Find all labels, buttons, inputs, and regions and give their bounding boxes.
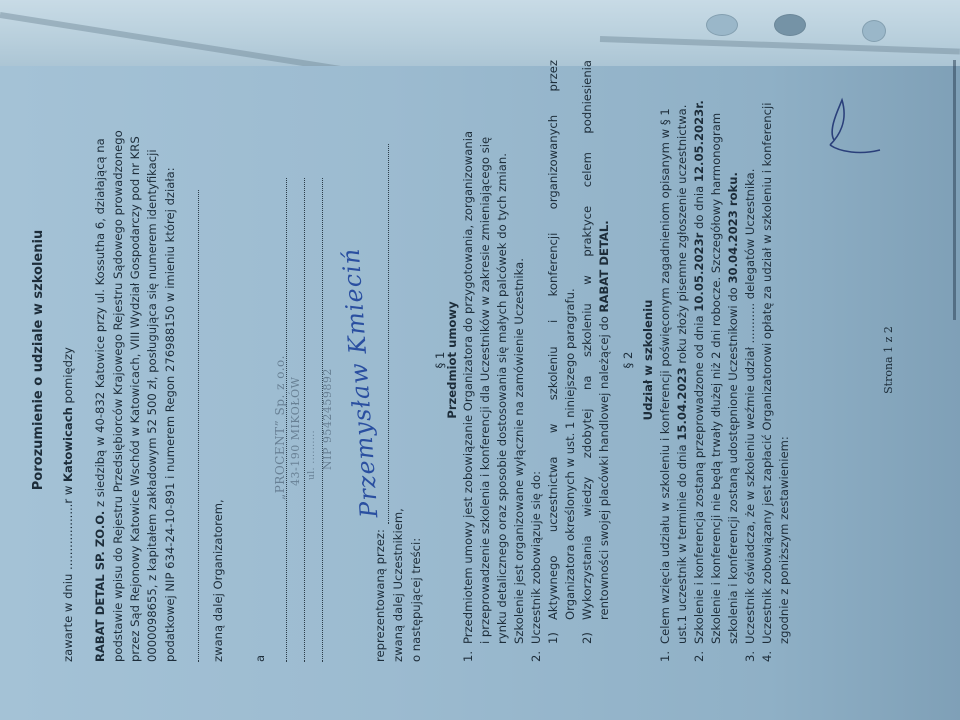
s2-item-1-number: 1. (657, 651, 674, 662)
text: szkolenia i konferencji zostaną udostępn… (726, 284, 740, 644)
s2-item-4-number: 4. (759, 651, 776, 662)
section-1-heading: Przedmiot umowy (444, 0, 461, 720)
section-2-number: § 2 (620, 0, 637, 720)
text: ust.1 uczestnik w terminie do dnia (675, 441, 689, 644)
organizer-line-4: 0000098655, z kapitałem zakładowym 52 50… (144, 60, 161, 662)
s2-item-3-text: Uczestnik oświadcza, że w szkoleniu weźm… (742, 60, 759, 644)
registration-deadline: 15.04.2023 (675, 367, 689, 440)
organizer-representative-line[interactable] (198, 190, 199, 662)
intro-suffix: pomiędzy (61, 347, 75, 407)
s1-sub-2-line-1: Wykorzystania wiedzy zdobytej na szkolen… (579, 60, 596, 620)
document-page: Porozumienie o udziale w szkoleniu zawar… (0, 0, 960, 720)
s2-item-4-line-1: Uczestnik zobowiązany jest zapłacić Orga… (759, 60, 776, 644)
s1-sub-1-line-1: Aktywnego uczestnictwa w szkoleniu i kon… (545, 60, 562, 620)
company-stamp: „PROCENT” Sp. z o.o. 43-190 MIKOŁÓW ul. … (272, 355, 336, 500)
representative-line[interactable] (388, 144, 389, 524)
s2-item-2-line-1: Szkolenie i konferencja zostaną przeprow… (691, 60, 708, 644)
s2-item-1-line-1: Celem wzięcia udziału w szkoleniu i konf… (657, 60, 674, 644)
s2-item-2-line-2: Szkolenie i konferencji nie będą trwały … (708, 60, 725, 644)
text: Szkolenie i konferencja zostaną przeprow… (692, 312, 706, 644)
stamp-street: ul. .......... (304, 355, 320, 500)
represented-by: reprezentowaną przez: (372, 60, 389, 662)
schedule-date: 30.04.2023 roku. (726, 172, 740, 283)
s1-sub-2-company: RABAT DETAL. (597, 220, 611, 312)
s2-item-4-line-2: zgodnie z poniższym zestawieniem: (776, 60, 793, 644)
s1-item-1-line-4: Szkolenie jest organizowane wyłącznie na… (511, 60, 528, 644)
s1-item-1-number: 1. (460, 651, 477, 662)
organizer-line-5: podatkowej NIP 634-24-10-891 i numerem R… (162, 60, 179, 662)
s1-sub-2-line-2: rentowności swojej placówki handlowej na… (596, 60, 613, 620)
s2-item-1-line-2: ust.1 uczestnik w terminie do dnia 15.04… (674, 60, 691, 644)
s1-item-2-line-1: Uczestnik zobowiązuje się do: (528, 60, 545, 644)
s2-item-3-number: 3. (742, 651, 759, 662)
stamp-city: 43-190 MIKOŁÓW (288, 355, 304, 500)
content-intro: o następującej treści: (408, 60, 425, 662)
text: do dnia (692, 182, 706, 233)
participant-called: zwaną dalej Uczestnikiem, (390, 60, 407, 662)
intro-line: zawarte w dniu ..................r w Kat… (60, 60, 77, 662)
s1-item-1-line-2: i przeprowadzenie szkolenia i konferencj… (477, 60, 494, 644)
intro-prefix: zawarte w dniu ..................r w (61, 482, 75, 662)
s2-item-2-line-3: szkolenia i konferencji zostaną udostępn… (725, 60, 742, 644)
stamp-company: „PROCENT” Sp. z o.o. (272, 355, 288, 500)
section-2-heading: Udział w szkoleniu (640, 0, 657, 720)
s1-item-1-line-3: rynku detalicznego oraz sposobie dostoso… (494, 60, 511, 644)
end-date: 12.05.2023r. (692, 100, 706, 182)
organizer-name: RABAT DETAL SP. ZO.O. (93, 511, 107, 662)
s1-item-2-number: 2. (528, 651, 545, 662)
text: roku złoży pisemne zgłoszenie uczestnict… (675, 105, 689, 368)
s1-item-1-line-1: Przedmiotem umowy jest zobowiązanie Orga… (460, 60, 477, 644)
organizer-line-3: przez Sąd Rejonowy Katowice Wschód w Kat… (127, 60, 144, 662)
intro-city: Katowicach (61, 407, 75, 482)
stamp-nip: NIP 9542459892 (320, 355, 336, 500)
s2-item-2-number: 2. (691, 651, 708, 662)
organizer-line-1: RABAT DETAL SP. ZO.O. z siedzibą w 40-83… (92, 60, 109, 662)
s1-sub-1-line-2: Organizatora określonych w ust. 1 niniej… (562, 60, 579, 620)
organizer-called: zwaną dalej Organizatorem, (210, 60, 227, 662)
document-title: Porozumienie o udziale w szkoleniu (30, 0, 47, 720)
organizer-text: z siedzibą w 40-832 Katowice przy ul. Ko… (93, 138, 107, 510)
organizer-line-2: podstawie wpisu do Rejestru Przedsiębior… (110, 60, 127, 662)
start-date: 10.05.2023r (692, 233, 706, 312)
represented-by-label: reprezentowaną przez: (373, 529, 387, 662)
s1-sub-2-text: rentowności swojej placówki handlowej na… (597, 312, 611, 620)
initials-scribble-icon (820, 90, 890, 160)
and-conjunction: a (252, 60, 269, 662)
